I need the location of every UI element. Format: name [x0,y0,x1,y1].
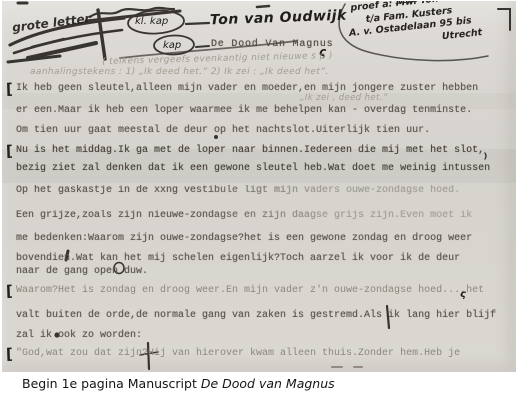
manuscript-line-text: zal ik ook zo worden: [16,330,142,341]
typed-text: [Ik heb geen sleutel,alleen mijn vader e… [16,1,516,372]
caption-prefix: Begin 1e pagina Manuscript [22,376,201,391]
manuscript-line: [Waarom?Het is zondag en droog weer.En m… [16,285,484,297]
manuscript-line: me bedenken:Waarom zijn ouwe-zondagse?he… [16,233,472,245]
photo-caption-strip: Begin 1e pagina Manuscript De Dood van M… [0,372,518,399]
paragraph-bracket-mark: [ [6,142,13,160]
manuscript-line: ["God,wat zou dat zijn?Hij van hierover … [16,348,460,360]
manuscript-line: er een.Maar ik heb een loper waarmee ik … [16,105,472,117]
manuscript-line: zal ik ook zo worden: [16,330,142,342]
manuscript-line-text: bezig ziet zal denken dat ik een gewone … [16,163,490,174]
manuscript-line: bovendien.Wat kan het mij schelen eigenl… [16,253,460,265]
photo-caption: Begin 1e pagina Manuscript De Dood van M… [22,376,335,391]
manuscript-line: [Nu is het middag.Ik ga met de loper naa… [16,145,484,157]
manuscript-line-text: Ik heb geen sleutel,alleen mijn vader en… [16,83,478,94]
manuscript-line: naar de gang open duw. [16,266,148,278]
manuscript-line-text: Om tien uur gaat meestal de deur op het … [16,125,430,136]
caption-title-italic: De Dood van Magnus [201,376,335,391]
manuscript-line-text: valt buiten de orde,de normale gang van … [16,310,496,321]
insertion-mark-line11: ς [460,289,466,300]
manuscript-line-text: er een.Maar ik heb een loper waarmee ik … [16,105,472,116]
manuscript-line-text: Een grijze,zoals zijn nieuwe-zondagse en… [16,210,472,221]
manuscript-line: Om tien uur gaat meestal de deur op het … [16,125,430,137]
manuscript-line-text: Waarom?Het is zondag en droog weer.En mi… [16,285,484,296]
manuscript-line: valt buiten de orde,de normale gang van … [16,310,496,322]
paragraph-bracket-mark: [ [6,182,13,200]
paragraph-bracket-mark: [ [6,282,13,300]
manuscript-line: [Ik heb geen sleutel,alleen mijn vader e… [16,83,478,95]
paragraph-bracket-mark: [ [6,80,13,98]
manuscript-line: [Op het gaskastje in de xxng vestibule l… [16,185,460,197]
manuscript-line-text: naar de gang open duw. [16,266,148,277]
manuscript-line: Een grijze,zoals zijn nieuwe-zondagse en… [16,210,472,222]
manuscript-line-text: Op het gaskastje in de xxng vestibule li… [16,185,460,196]
manuscript-line-text: "God,wat zou dat zijn?Hij van hierover k… [16,348,460,359]
manuscript-line-text: bovendien.Wat kan het mij schelen eigenl… [16,253,460,264]
scanned-manuscript-page: grote letter kl. kap Ton van Oudwijk kap… [0,0,518,399]
manuscript-line-text: Nu is het middag.Ik ga met de loper naar… [16,145,484,156]
manuscript-scan-photo: grote letter kl. kap Ton van Oudwijk kap… [2,1,516,372]
paragraph-bracket-mark: [ [6,345,13,363]
manuscript-line-text: me bedenken:Waarom zijn ouwe-zondagse?he… [16,233,472,244]
manuscript-line: bezig ziet zal denken dat ik een gewone … [16,163,490,175]
